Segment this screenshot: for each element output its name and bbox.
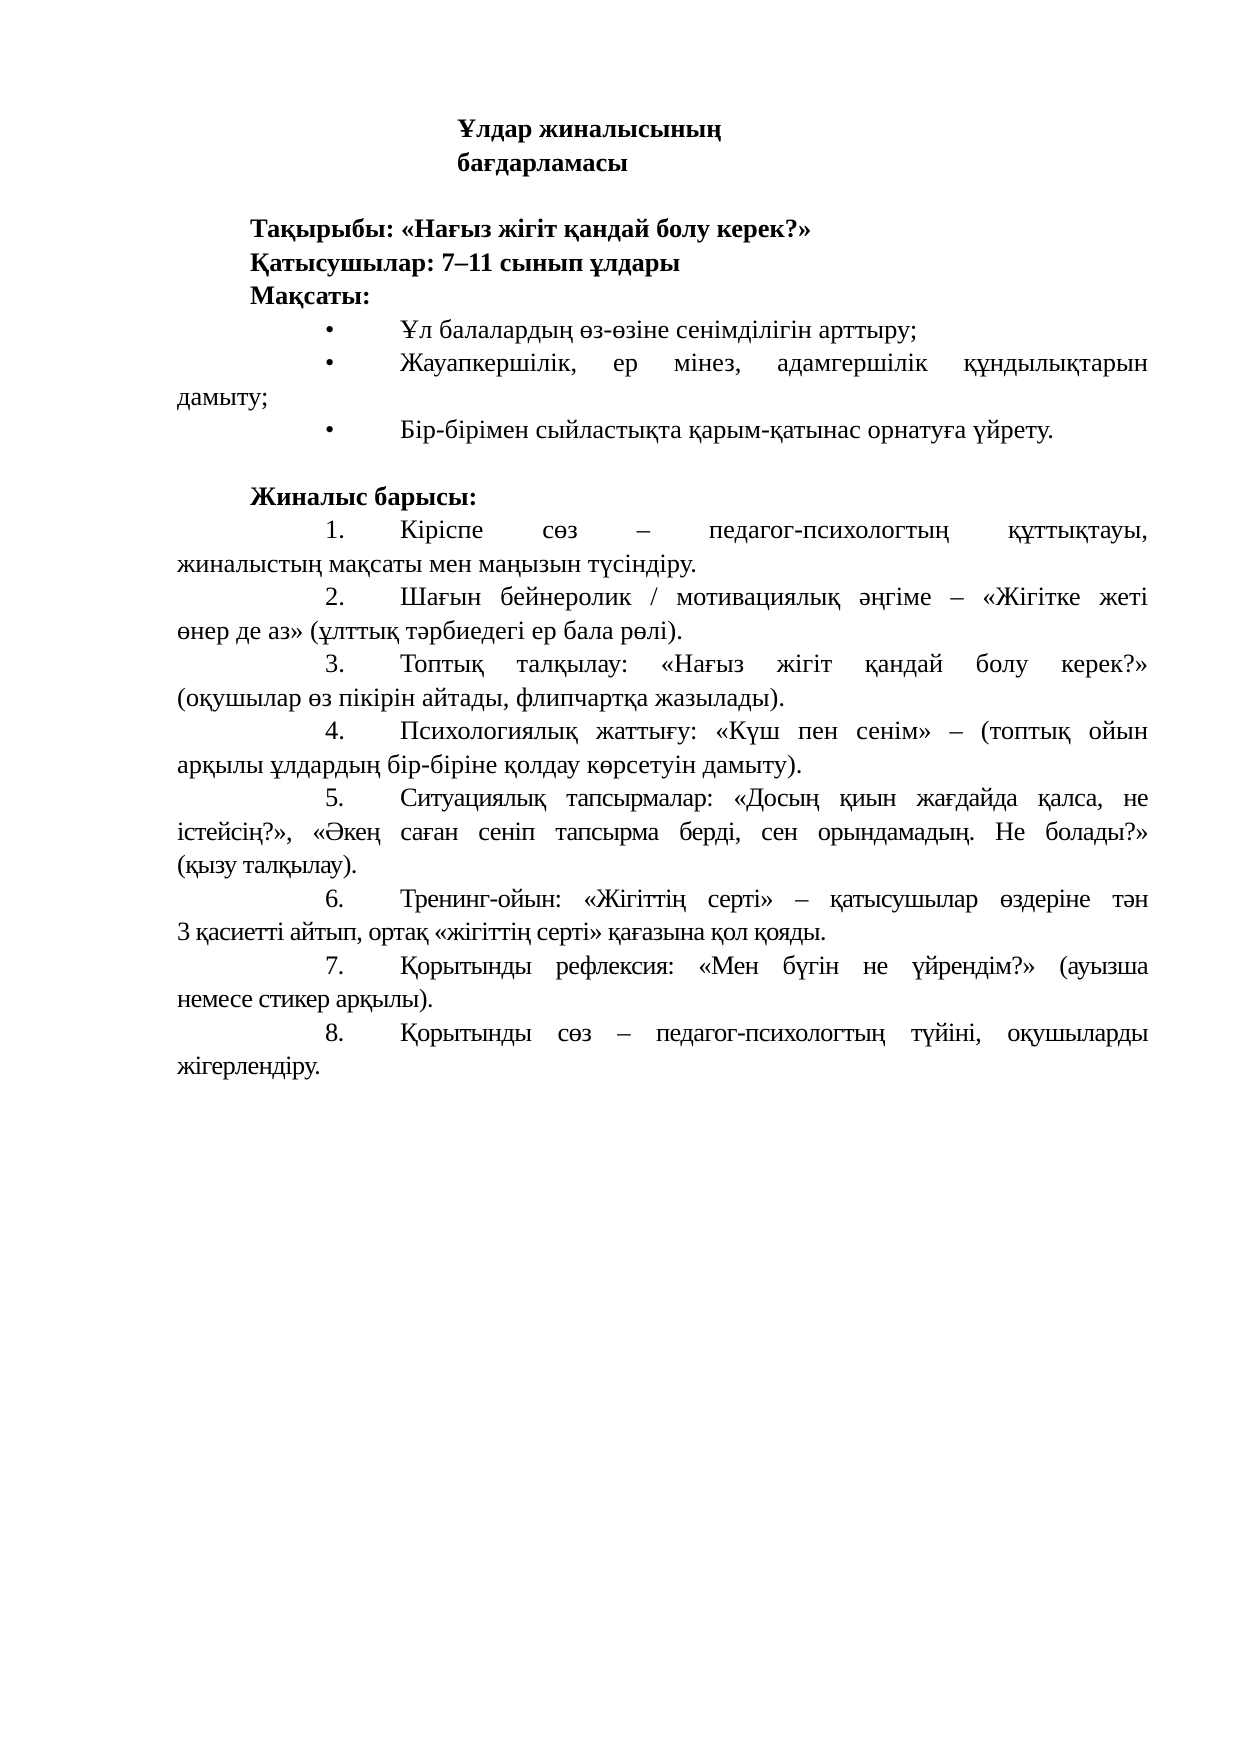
step-text: Кіріспе сөз – педагог-психологтың құттық… <box>400 514 1148 544</box>
bullet-icon: • <box>177 313 400 347</box>
step-number: 6. <box>177 882 400 916</box>
step-number: 1. <box>177 513 400 547</box>
goal-item: •Жауапкершілік, ер мінез, адамгершілік қ… <box>177 346 1148 413</box>
step-text-continued: жиналыстың мақсаты мен маңызын түсіндіру… <box>177 547 1148 581</box>
step-text-continued: (қызу талқылау). <box>177 848 1148 882</box>
topic-heading: Тақырыбы: «Нағыз жігіт қандай болу керек… <box>177 212 1148 246</box>
step-text-continued: істейсің?», «Әкең саған сеніп тапсырма б… <box>177 815 1148 849</box>
step-text: Психологиялық жаттығу: «Күш пен сенім» –… <box>400 715 1148 745</box>
step-number: 4. <box>177 714 400 748</box>
spacer <box>177 179 1148 212</box>
step-text: Топтық талқылау: «Нағыз жігіт қандай бол… <box>400 648 1148 678</box>
step-number: 7. <box>177 949 400 983</box>
step-item: 4.Психологиялық жаттығу: «Күш пен сенім»… <box>177 714 1148 781</box>
step-item: 1.Кіріспе сөз – педагог-психологтың құтт… <box>177 513 1148 580</box>
step-text: Ситуациялық тапсырмалар: «Досың қиын жағ… <box>400 782 1148 812</box>
step-number: 5. <box>177 781 400 815</box>
step-text-continued: немесе стикер арқылы). <box>177 982 1148 1016</box>
step-text-continued: жігерлендіру. <box>177 1049 1148 1083</box>
goals-list: •Ұл балалардың өз-өзіне сенімділігін арт… <box>177 313 1148 447</box>
goal-text: Жауапкершілік, ер мінез, адамгершілік құ… <box>400 347 1148 377</box>
goal-item: •Бір-бірімен сыйластықта қарым-қатынас о… <box>177 413 1148 447</box>
spacer <box>177 447 1148 480</box>
step-item: 8.Қорытынды сөз – педагог-психологтың тү… <box>177 1016 1148 1083</box>
step-text: Тренинг-ойын: «Жігіттің серті» – қатысуш… <box>400 883 1148 913</box>
step-item: 6.Тренинг-ойын: «Жігіттің серті» – қатыс… <box>177 882 1148 949</box>
goals-heading: Мақсаты: <box>177 279 1148 313</box>
step-item: 3.Топтық талқылау: «Нағыз жігіт қандай б… <box>177 647 1148 714</box>
step-number: 2. <box>177 580 400 614</box>
participants-heading: Қатысушылар: 7–11 сынып ұлдары <box>177 246 1148 280</box>
goal-text: Ұл балалардың өз-өзіне сенімділігін артт… <box>400 314 917 344</box>
document-title: Ұлдар жиналысының бағдарламасы <box>177 112 858 179</box>
goal-item: •Ұл балалардың өз-өзіне сенімділігін арт… <box>177 313 1148 347</box>
bullet-icon: • <box>177 413 400 447</box>
step-text-continued: (оқушылар өз пікірін айтады, флипчартқа … <box>177 681 1148 715</box>
title-text: Ұлдар жиналысының бағдарламасы <box>457 112 858 179</box>
step-text-continued: өнер де аз» (ұлттық тәрбиедегі ер бала р… <box>177 614 1148 648</box>
step-item: 5.Ситуациялық тапсырмалар: «Досың қиын ж… <box>177 781 1148 882</box>
goal-text: Бір-бірімен сыйластықта қарым-қатынас ор… <box>400 414 1054 444</box>
steps-list: 1.Кіріспе сөз – педагог-психологтың құтт… <box>177 513 1148 1083</box>
goal-text-continued: дамыту; <box>177 380 1148 414</box>
document-page: Ұлдар жиналысының бағдарламасы Тақырыбы:… <box>177 112 1148 1083</box>
step-number: 3. <box>177 647 400 681</box>
bullet-icon: • <box>177 346 400 380</box>
progress-heading: Жиналыс барысы: <box>177 480 1148 514</box>
step-number: 8. <box>177 1016 400 1050</box>
step-text: Қорытынды рефлексия: «Мен бүгін не үйрен… <box>400 950 1148 980</box>
step-text: Шағын бейнеролик / мотивациялық әңгіме –… <box>400 581 1148 611</box>
step-text-continued: 3 қасиетті айтып, ортақ «жігіттің серті»… <box>177 915 1148 949</box>
step-text: Қорытынды сөз – педагог-психологтың түйі… <box>400 1017 1148 1047</box>
step-item: 2.Шағын бейнеролик / мотивациялық әңгіме… <box>177 580 1148 647</box>
step-item: 7.Қорытынды рефлексия: «Мен бүгін не үйр… <box>177 949 1148 1016</box>
step-text-continued: арқылы ұлдардың бір-біріне қолдау көрсет… <box>177 748 1148 782</box>
